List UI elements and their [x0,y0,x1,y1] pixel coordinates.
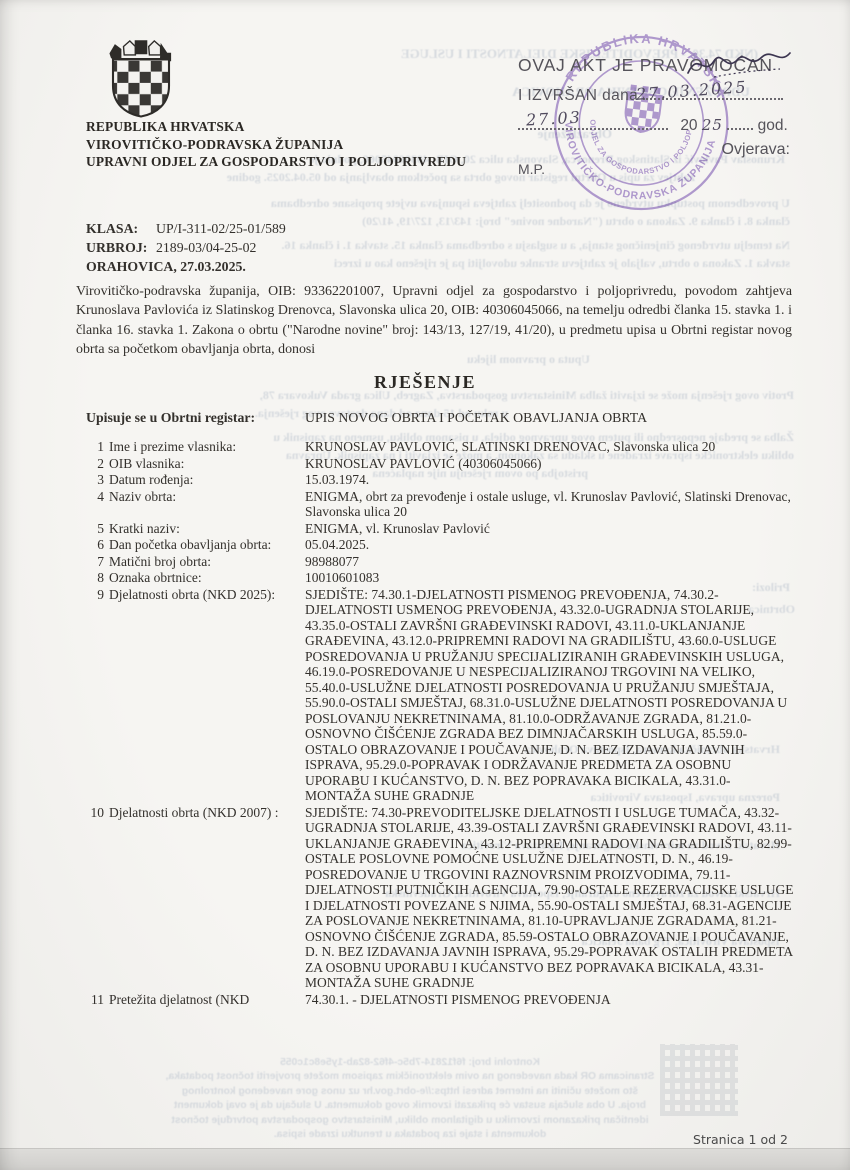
row-number: 4 [86,489,109,520]
mp-label: M.P. [518,161,545,177]
register-header-row: Upisuje se u Obrtni registar: UPIS NOVOG… [86,410,792,426]
org-line-department: UPRAVNI ODJEL ZA GOSPODARSTVO I POLJOPRI… [86,153,466,171]
row-value: SJEDIŠTE: 74.30.1-DJELATNOSTI PISMENOG P… [305,587,794,804]
klasa-label: KLASA: [86,219,156,238]
certification-line3: 27.03 20 25 god. [518,115,800,135]
row-number: 1 [86,439,109,455]
row-value: 74.30.1. - DJELATNOSTI PISMENOG PREVOĐEN… [305,992,794,1008]
org-line-country: REPUBLIKA HRVATSKA [86,118,466,136]
intro-paragraph: Virovitičko-podravska županija, OIB: 933… [76,282,792,360]
place-and-date: ORAHOVICA, 27.03.2025. [86,259,246,275]
row-label: Kratki naziv: [109,521,305,537]
register-row-1: 1 Ime i prezime vlasnika: KRUNOSLAV PAVL… [86,439,794,455]
row-label: Datum rođenja: [109,472,305,488]
row-number: 6 [86,537,109,553]
row-value: KRUNOSLAV PAVLOVIĆ, SLATINSKI DRENOVAC, … [305,439,794,455]
scanner-edge [0,1148,850,1170]
row-value: ENIGMA, obrt za prevođenje i ostale uslu… [305,489,794,520]
row-value: 15.03.1974. [305,472,794,488]
row-label: Naziv obrta: [109,489,305,520]
row-label: Djelatnosti obrta (NKD 2025): [109,587,305,804]
year-suffix: god. [758,117,788,134]
row-label: Matični broj obrta: [109,554,305,570]
register-rows: 1 Ime i prezime vlasnika: KRUNOSLAV PAVL… [86,439,794,1008]
dotted-line [727,115,753,130]
handwritten-date-2: 27.03 [526,108,583,130]
register-row-8: 8 Oznaka obrtnice: 10010601083 [86,570,794,586]
urbroj-label: URBROJ: [86,238,156,257]
row-label: Pretežita djelatnost (NKD [109,992,305,1008]
register-header-label: Upisuje se u Obrtni registar: [86,410,305,426]
certification-line2: I IZVRŠAN dana 27.03.2025 [518,85,800,105]
row-number: 10 [86,805,109,991]
document-title: RJEŠENJE [0,372,850,393]
handwritten-year: 25 [702,116,723,134]
row-number: 7 [86,554,109,570]
row-value: 98988077 [305,554,794,570]
page-number: Stranica 1 od 2 [693,1132,788,1147]
row-number: 8 [86,570,109,586]
document-reference-block: KLASA: UP/I-311-02/25-01/589 URBROJ: 218… [86,219,286,257]
row-label: Djelatnosti obrta (NKD 2007) : [109,805,305,991]
register-row-10: 10 Djelatnosti obrta (NKD 2007) : SJEDIŠ… [86,805,794,991]
legal-validity-certification: OVAJ AKT JE PRAVOMOĆAN I IZVRŠAN dana 27… [518,55,800,177]
row-label: Oznaka obrtnice: [109,570,305,586]
row-label: Ime i prezime vlasnika: [109,439,305,455]
register-row-2: 2 OIB vlasnika: KRUNOSLAV PAVLOVIĆ (4030… [86,456,794,472]
row-value: 05.04.2025. [305,537,794,553]
klasa-value: UP/I-311-02/25-01/589 [156,219,286,238]
year-prefix: 20 [680,117,697,134]
register-row-7: 7 Matični broj obrta: 98988077 [86,554,794,570]
register-row-9: 9 Djelatnosti obrta (NKD 2025): SJEDIŠTE… [86,587,794,804]
row-number: 9 [86,587,109,804]
row-value: SJEDIŠTE: 74.30-PREVODITELJSKE DJELATNOS… [305,805,794,991]
row-label: Dan početka obavljanja obrta: [109,537,305,553]
ovjerava-label: Ovjerava: [518,141,800,159]
org-line-county: VIROVITIČKO-PODRAVSKA ŽUPANIJA [86,136,466,154]
issuing-authority-block: REPUBLIKA HRVATSKA VIROVITIČKO-PODRAVSKA… [86,118,466,171]
register-row-3: 3 Datum rođenja: 15.03.1974. [86,472,794,488]
row-number: 3 [86,472,109,488]
klasa-row: KLASA: UP/I-311-02/25-01/589 [86,219,286,238]
scanned-document-page: (NKD 74.30. - PREVODITELJSKE DJELATNOSTI… [0,0,850,1170]
row-number: 2 [86,456,109,472]
signature-icon [684,43,794,86]
urbroj-row: URBROJ: 2189-03/04-25-02 [86,238,286,257]
register-header-value: UPIS NOVOG OBRTA I POČETAK OBAVLJANJA OB… [305,410,647,426]
row-value: KRUNOSLAV PAVLOVIĆ (40306045066) [305,456,794,472]
register-row-6: 6 Dan početka obavljanja obrta: 05.04.20… [86,537,794,553]
register-row-11: 11 Pretežita djelatnost (NKD 74.30.1. - … [86,992,794,1008]
urbroj-value: 2189-03/04-25-02 [156,238,256,257]
certification-line2-prefix: I IZVRŠAN dana [518,87,638,104]
row-value: ENIGMA, vl. Krunoslav Pavlović [305,521,794,537]
row-number: 5 [86,521,109,537]
row-label: OIB vlasnika: [109,456,305,472]
row-value: 10010601083 [305,570,794,586]
register-row-4: 4 Naziv obrta: ENIGMA, obrt za prevođenj… [86,489,794,520]
row-number: 11 [86,992,109,1008]
register-row-5: 5 Kratki naziv: ENIGMA, vl. Krunoslav Pa… [86,521,794,537]
qr-code-bleedthrough [660,1044,738,1116]
croatian-coat-of-arms-icon [106,38,176,123]
bleedthrough-footer: Kontrolni broj: f6f12814-7b5c-4f62-82ab-… [120,1056,700,1142]
